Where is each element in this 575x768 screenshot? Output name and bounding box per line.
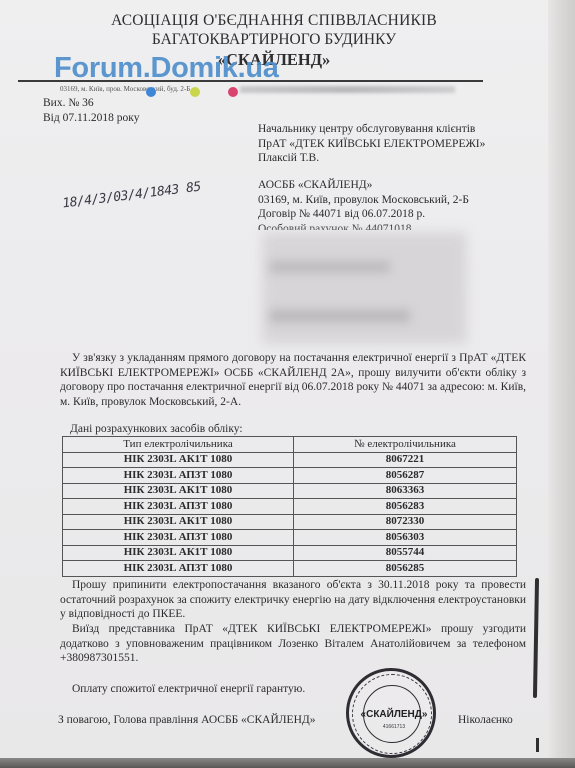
sender-line: Договір № 44071 від 06.07.2018 р. [258, 207, 469, 222]
table-row: НІК 2303L АК1Т 10808063363 [63, 483, 517, 499]
letterhead-line-2: БАГАТОКВАРТИРНОГО БУДИНКУ [0, 31, 548, 49]
table-header-row: Тип електролічильника № електролічильник… [63, 437, 517, 453]
body-paragraph-3: Виїзд представника ПрАТ «ДТЕК КИЇВСЬКІ Е… [60, 622, 526, 666]
table-row: НІК 2303L АП3Т 10808056287 [63, 468, 517, 484]
meter-number: 8056303 [294, 530, 517, 546]
recipient-line: ПрАТ «ДТЕК КИЇВСЬКІ ЕЛЕКТРОМЕРЕЖІ» [258, 137, 485, 152]
signature-closing: З повагою, Голова правління АОСББ «СКАЙЛ… [58, 714, 315, 726]
redacted-block [262, 232, 467, 344]
recipient-line: Плаксій Т.В. [258, 151, 485, 166]
meter-type: НІК 2303L АК1Т 1080 [63, 452, 294, 468]
meter-number: 8055744 [294, 545, 517, 561]
meter-type: НІК 2303L АК1Т 1080 [63, 483, 294, 499]
redacted-line [270, 262, 390, 272]
table-row: НІК 2303L АК1Т 10808067221 [63, 452, 517, 468]
letter-date: Від 07.11.2018 року [43, 112, 139, 124]
outgoing-number: Вих. № 36 [43, 97, 94, 109]
meter-number: 8063363 [294, 483, 517, 499]
meter-number: 8056287 [294, 468, 517, 484]
meter-type: НІК 2303L АК1Т 1080 [63, 545, 294, 561]
page-edge-shadow [548, 0, 575, 768]
sender-line: 03169, м. Київ, провулок Московський, 2-… [258, 193, 469, 208]
table-row: НІК 2303L АП3Т 10808056285 [63, 561, 517, 577]
sender-line-cut: Особовий рахунок № 44071018 [258, 222, 469, 230]
table-row: НІК 2303L АК1Т 10808072330 [63, 514, 517, 530]
column-header-type: Тип електролічильника [63, 437, 294, 453]
meter-type: НІК 2303L АП3Т 1080 [63, 561, 294, 577]
official-stamp-icon: «СКАЙЛЕНД» 41661713 [346, 668, 436, 758]
sender-line: АОСББ «СКАЙЛЕНД» [258, 178, 469, 193]
body-paragraph-4: Оплату спожитої електричної енергії гара… [60, 682, 526, 697]
stamp-code: 41661713 [355, 724, 433, 730]
sender-block: АОСББ «СКАЙЛЕНД» 03169, м. Київ, провуло… [258, 178, 469, 230]
table-row: НІК 2303L АП3Т 10808056303 [63, 530, 517, 546]
recipient-line: Начальнику центру обслуговування клієнті… [258, 122, 485, 137]
blue-dot-icon [146, 87, 156, 97]
table-caption: Дані розрахункових засобів обліку: [70, 423, 243, 435]
body-paragraph-1: У зв'язку з укладанням прямого договору … [60, 351, 526, 409]
letterhead-line-1: АСОЦІАЦІЯ О'БЄДНАННЯ СПІВВЛАСНИКІВ [0, 12, 548, 30]
meter-type: НІК 2303L АП3Т 1080 [63, 468, 294, 484]
meter-type: НІК 2303L АК1Т 1080 [63, 514, 294, 530]
meter-number: 8056285 [294, 561, 517, 577]
meter-number: 8056283 [294, 499, 517, 515]
meter-type: НІК 2303L АП3Т 1080 [63, 499, 294, 515]
redacted-contact-strip [240, 86, 455, 93]
redacted-line [270, 310, 410, 322]
meters-table: Тип електролічильника № електролічильник… [62, 436, 517, 577]
watermark-text: Forum.Domik.ua [54, 52, 279, 85]
body-paragraph-2: Прошу припинити електропостачання вказан… [60, 578, 526, 622]
letterhead-address-text: 03169, м. Київ, пров. Московський, буд. … [60, 85, 190, 93]
meter-number: 8067221 [294, 452, 517, 468]
table-row: НІК 2303L АК1Т 10808055744 [63, 545, 517, 561]
column-header-number: № електролічильника [294, 437, 517, 453]
stamp-org-name: «СКАЙЛЕНД» [355, 709, 433, 720]
yellow-dot-icon [190, 87, 200, 97]
letterhead-address: 03169, м. Київ, пров. Московський, буд. … [60, 85, 190, 93]
recipient-block: Начальнику центру обслуговування клієнті… [258, 122, 485, 166]
margin-pen-mark [536, 738, 539, 752]
table-row: НІК 2303L АП3Т 10808056283 [63, 499, 517, 515]
bottom-shadow [0, 758, 575, 768]
pink-dot-icon [228, 87, 238, 97]
meter-number: 8072330 [294, 514, 517, 530]
meter-type: НІК 2303L АП3Т 1080 [63, 530, 294, 546]
signatory-name: Ніколаєнко [458, 714, 513, 726]
